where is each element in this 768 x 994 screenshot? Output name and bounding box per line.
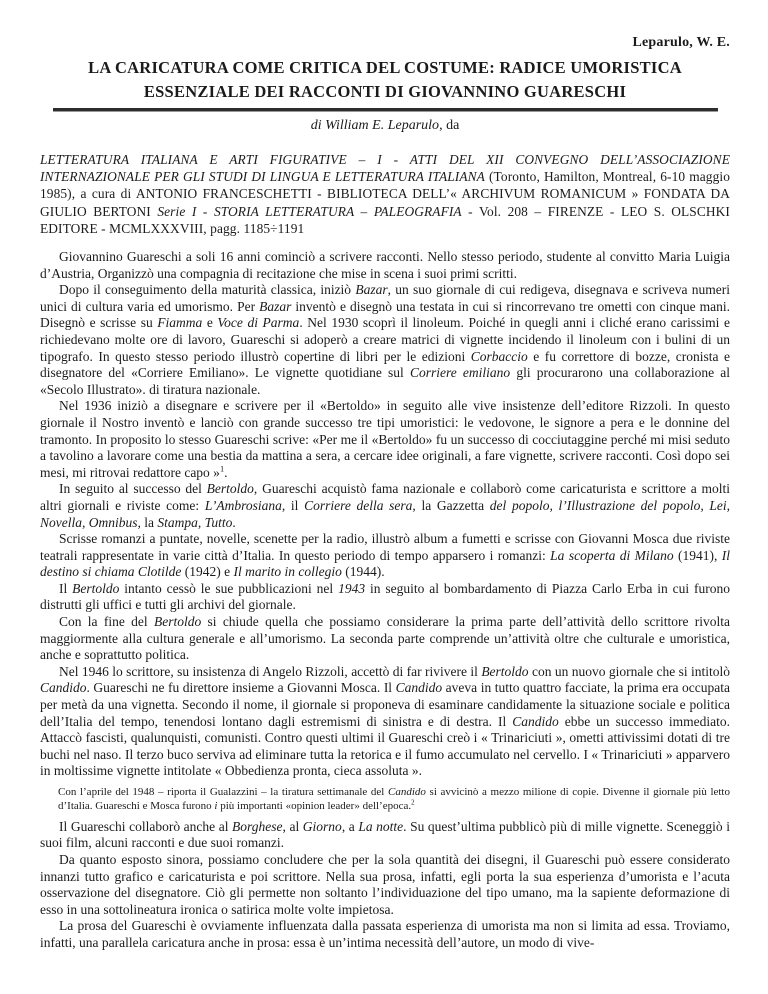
text-run: Giovannino Guareschi a soli 16 anni comi… bbox=[40, 249, 730, 281]
paragraph: Il Guareschi collaborò anche al Borghese… bbox=[40, 819, 730, 852]
text-run: Il marito in collegio bbox=[233, 564, 341, 579]
text-run: (1944). bbox=[342, 564, 385, 579]
text-run: con un nuovo giornale che si intitolò bbox=[529, 664, 730, 679]
text-run: , da bbox=[439, 118, 459, 133]
page-title-line-2: ESSENZIALE DEI RACCONTI DI GIOVANNINO GU… bbox=[144, 82, 626, 101]
paragraph: Dopo il conseguimento della maturità cla… bbox=[40, 282, 730, 398]
text-run: Dopo il conseguimento della maturità cla… bbox=[59, 282, 355, 297]
text-run: Bertoldo bbox=[154, 614, 201, 629]
text-run: - bbox=[196, 204, 214, 219]
text-run: Stampa, Tutto bbox=[157, 515, 232, 530]
text-run: , la Gazzetta bbox=[412, 498, 489, 513]
text-run: (1942) e bbox=[181, 564, 233, 579]
text-run: Con l’aprile del 1948 – riporta il Guala… bbox=[58, 786, 388, 798]
text-run: Corriere emiliano bbox=[410, 365, 510, 380]
text-run: Da quanto esposto sinora, possiamo concl… bbox=[40, 852, 730, 917]
paragraph: Il Bertoldo intanto cessò le sue pubblic… bbox=[40, 581, 730, 614]
text-run: Bazar bbox=[355, 282, 387, 297]
document-page: Leparulo, W. E. LA CARICATURA COME CRITI… bbox=[0, 0, 768, 994]
article-body: Giovannino Guareschi a soli 16 anni comi… bbox=[40, 249, 730, 952]
paragraph: Scrisse romanzi a puntate, novelle, scen… bbox=[40, 531, 730, 581]
text-run: Giorno bbox=[303, 819, 342, 834]
source-citation: LETTERATURA ITALIANA E ARTI FIGURATIVE –… bbox=[40, 151, 730, 237]
text-run: Bertoldo bbox=[72, 581, 119, 596]
text-run: più importanti «opinion leader» dell’epo… bbox=[217, 800, 411, 812]
text-run: Bertoldo bbox=[481, 664, 528, 679]
text-run: Voce di Parma bbox=[217, 315, 299, 330]
text-run: Candido bbox=[388, 786, 426, 798]
text-run: Corbaccio bbox=[471, 349, 528, 364]
text-run: Candido bbox=[396, 680, 443, 695]
text-run: , al bbox=[283, 819, 303, 834]
text-run: La prosa del Guareschi è ovviamente infl… bbox=[40, 918, 730, 950]
paragraph: Nel 1946 lo scrittore, su insistenza di … bbox=[40, 664, 730, 780]
page-title-line-1: LA CARICATURA COME CRITICA DEL COSTUME: … bbox=[88, 58, 682, 77]
text-run: di William E. Leparulo bbox=[311, 118, 439, 133]
text-run: Bazar bbox=[259, 299, 291, 314]
text-run: Serie I bbox=[157, 204, 196, 219]
author-header: Leparulo, W. E. bbox=[40, 34, 730, 52]
text-run: STORIA LETTERATURA – PALEOGRAFIA bbox=[214, 204, 462, 219]
title-rule bbox=[53, 108, 718, 112]
text-run: Bertoldo bbox=[207, 481, 254, 496]
text-run: . Guareschi ne fu direttore insieme a Gi… bbox=[87, 680, 396, 695]
text-run: . bbox=[232, 515, 235, 530]
paragraph: In seguito al successo del Bertoldo, Gua… bbox=[40, 481, 730, 531]
byline: di William E. Leparulo, da bbox=[40, 117, 730, 135]
text-run: 1943 bbox=[338, 581, 365, 596]
text-run: (1941), bbox=[674, 548, 722, 563]
paragraph: Con la fine del Bertoldo si chiude quell… bbox=[40, 614, 730, 664]
text-run: La notte bbox=[358, 819, 403, 834]
text-run: e bbox=[202, 315, 217, 330]
paragraph: Giovannino Guareschi a soli 16 anni comi… bbox=[40, 249, 730, 282]
page-title: LA CARICATURA COME CRITICA DEL COSTUME: … bbox=[40, 56, 730, 104]
text-run: Nel 1936 iniziò a disegnare e scrivere p… bbox=[40, 398, 730, 479]
text-run: Fiamma bbox=[157, 315, 202, 330]
text-run: Nel 1946 lo scrittore, su insistenza di … bbox=[59, 664, 481, 679]
text-run: L’Ambrosiana bbox=[205, 498, 282, 513]
text-run: Candido bbox=[40, 680, 87, 695]
text-run: Con la fine del bbox=[59, 614, 154, 629]
text-run: . bbox=[224, 465, 227, 480]
text-run: Candido bbox=[512, 714, 559, 729]
paragraph: Nel 1936 iniziò a disegnare e scrivere p… bbox=[40, 398, 730, 481]
paragraph: La prosa del Guareschi è ovviamente infl… bbox=[40, 918, 730, 951]
text-run: Borghese bbox=[232, 819, 283, 834]
footnote-ref: 2 bbox=[411, 800, 414, 807]
text-run: la bbox=[141, 515, 158, 530]
text-run: Il bbox=[59, 581, 72, 596]
text-run: Corriere della sera bbox=[304, 498, 412, 513]
text-run: , a bbox=[342, 819, 359, 834]
text-run: Il Guareschi collaborò anche al bbox=[59, 819, 232, 834]
text-run: In seguito al successo del bbox=[59, 481, 207, 496]
text-run: La scoperta di Milano bbox=[550, 548, 673, 563]
text-run: , il bbox=[282, 498, 304, 513]
block-quote: Con l’aprile del 1948 – riporta il Guala… bbox=[58, 785, 730, 814]
text-run: intanto cessò le sue pubblicazioni nel bbox=[119, 581, 338, 596]
paragraph: Da quanto esposto sinora, possiamo concl… bbox=[40, 852, 730, 918]
